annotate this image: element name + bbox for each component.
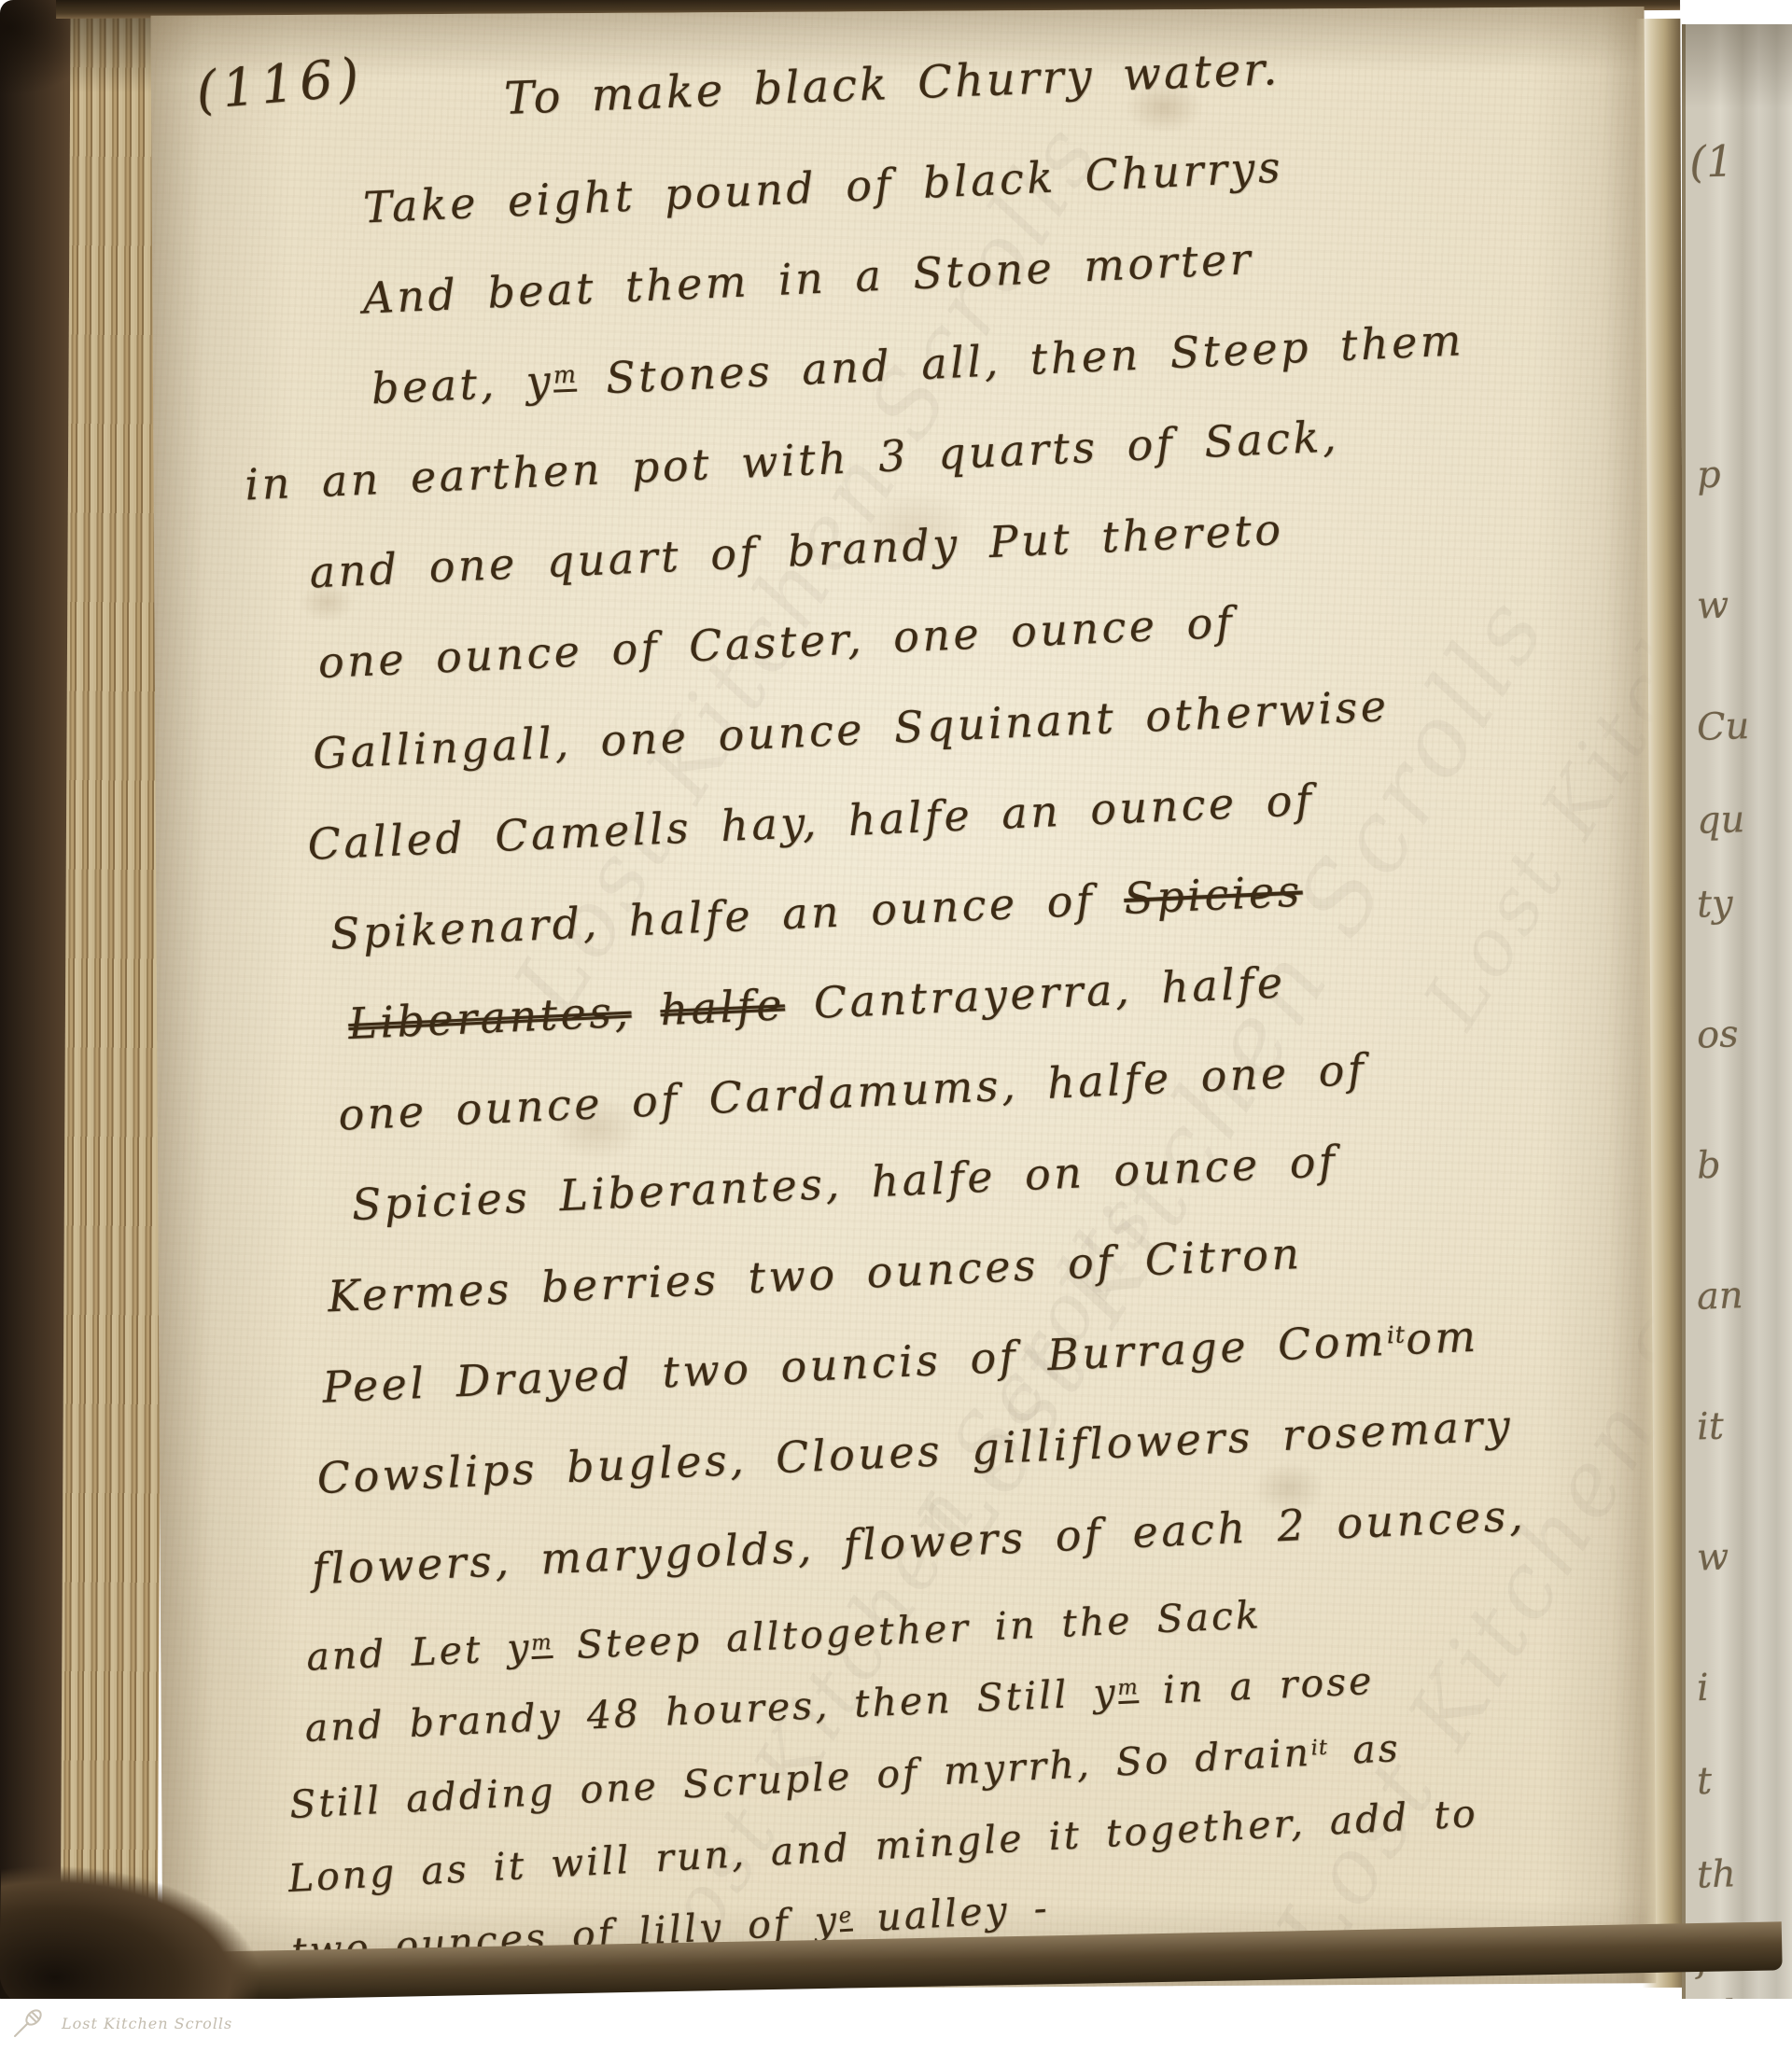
struck-text: Spicies [1123, 866, 1304, 924]
adjacent-page-text-fragment: t [1696, 1760, 1713, 1804]
superscript-text: it [1386, 1320, 1407, 1348]
adjacent-page-edge: (1pwCuqutyosbanitwitthfoSh [1682, 24, 1792, 2031]
adjacent-page-text-fragment: an [1696, 1274, 1743, 1319]
manuscript-book-photo: Lost Kitchen Scrolls Lost Kitchen Scroll… [0, 0, 1792, 2052]
adjacent-page-text-fragment: ty [1696, 882, 1733, 926]
adjacent-page-text-fragment: i [1696, 1667, 1709, 1710]
watermark-logo: Lost Kitchen Scrolls [11, 2003, 232, 2044]
superscript-text: m [553, 361, 577, 393]
manuscript-text [630, 984, 661, 1036]
recipe-text-block: Take eight pound of black ChurrysAnd bea… [213, 124, 1747, 1989]
struck-text: halfe [659, 979, 786, 1035]
manuscript-text: om [1405, 1311, 1480, 1364]
adjacent-page-text-fragment: os [1696, 1012, 1739, 1057]
manuscript-text: in a rose [1138, 1658, 1376, 1713]
watermark-label: Lost Kitchen Scrolls [62, 2015, 232, 2032]
adjacent-page-text-fragment: w [1696, 1535, 1729, 1579]
whisk-icon [11, 2003, 49, 2044]
book-corner-leather [0, 1850, 281, 2013]
manuscript-text: beat, y [371, 356, 555, 414]
manuscript-text: and Let y [305, 1625, 532, 1680]
manuscript-text: as [1327, 1725, 1402, 1774]
adjacent-page-text-fragment: it [1696, 1405, 1724, 1449]
superscript-text: m [1117, 1675, 1140, 1704]
adjacent-page-text-fragment: b [1696, 1144, 1721, 1188]
superscript-text: m [531, 1630, 553, 1659]
adjacent-page-text-fragment: th [1696, 1852, 1736, 1896]
adjacent-page-text-fragment: (1 [1688, 135, 1734, 188]
page-right-curl [1635, 19, 1687, 1988]
superscript-text: it [1310, 1736, 1329, 1761]
adjacent-page-text-fragment: qu [1696, 798, 1745, 843]
background-band [0, 1999, 1792, 2052]
book-page-edges [60, 9, 167, 1998]
adjacent-page-text-fragment: p [1696, 454, 1721, 497]
adjacent-page-text-fragment: w [1696, 583, 1729, 627]
adjacent-page-text-fragment: Cu [1696, 705, 1750, 749]
